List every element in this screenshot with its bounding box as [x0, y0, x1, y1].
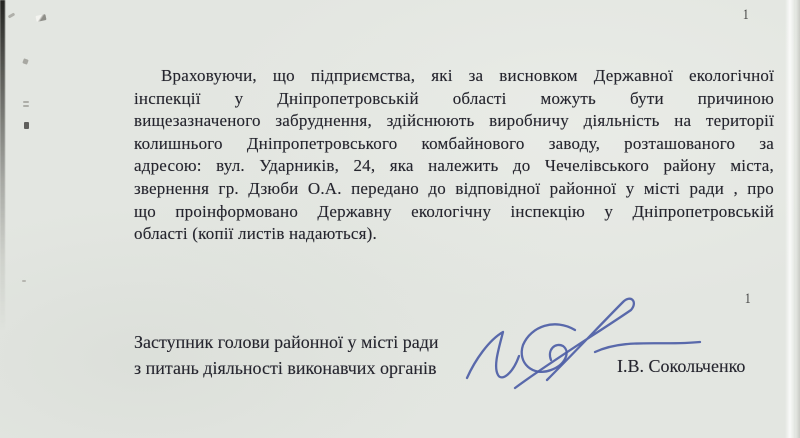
paragraph-line: колишнього Дніпропетровського комбайново… — [134, 133, 774, 156]
scan-speck — [22, 58, 28, 64]
scan-speck — [23, 101, 29, 103]
scanned-document-page: 1 1 Враховуючи, що підприємства, які за … — [0, 0, 800, 438]
paragraph-line: звернення гр. Дзюби О.А. передано до від… — [134, 178, 774, 201]
paragraph-line: області (копії листів надаються). — [134, 223, 774, 246]
signer-name: І.В. Сокольченко — [617, 355, 745, 377]
scan-speck — [24, 122, 29, 129]
scan-speck — [8, 12, 16, 18]
scan-band-right — [785, 0, 794, 438]
page-mark-top: 1 — [743, 8, 749, 23]
scan-speck — [35, 14, 46, 22]
scan-edge-right — [796, 0, 800, 438]
scan-edge-left — [0, 0, 5, 330]
body-paragraph: Враховуючи, що підприємства, які за висн… — [134, 65, 774, 246]
paragraph-line: вищезазначеного забруднення, здійснюють … — [134, 110, 774, 133]
signoff-title-line: з питань діяльності виконавчих органів — [134, 355, 484, 381]
paragraph-line: Враховуючи, що підприємства, які за висн… — [134, 65, 774, 88]
signoff-title-line: Заступник голови районної у місті ради — [134, 329, 484, 355]
handwritten-signature — [455, 290, 705, 395]
paragraph-line: адресою: вул. Ударників, 24, яка належит… — [134, 155, 774, 178]
signoff-title: Заступник голови районної у місті ради з… — [134, 329, 484, 381]
paragraph-line: що проінформовано Державну екологічну ін… — [134, 201, 774, 224]
page-mark-middle: 1 — [745, 292, 751, 307]
scan-speck — [22, 280, 26, 282]
paragraph-line: інспекції у Дніпропетровській області мо… — [134, 88, 774, 111]
